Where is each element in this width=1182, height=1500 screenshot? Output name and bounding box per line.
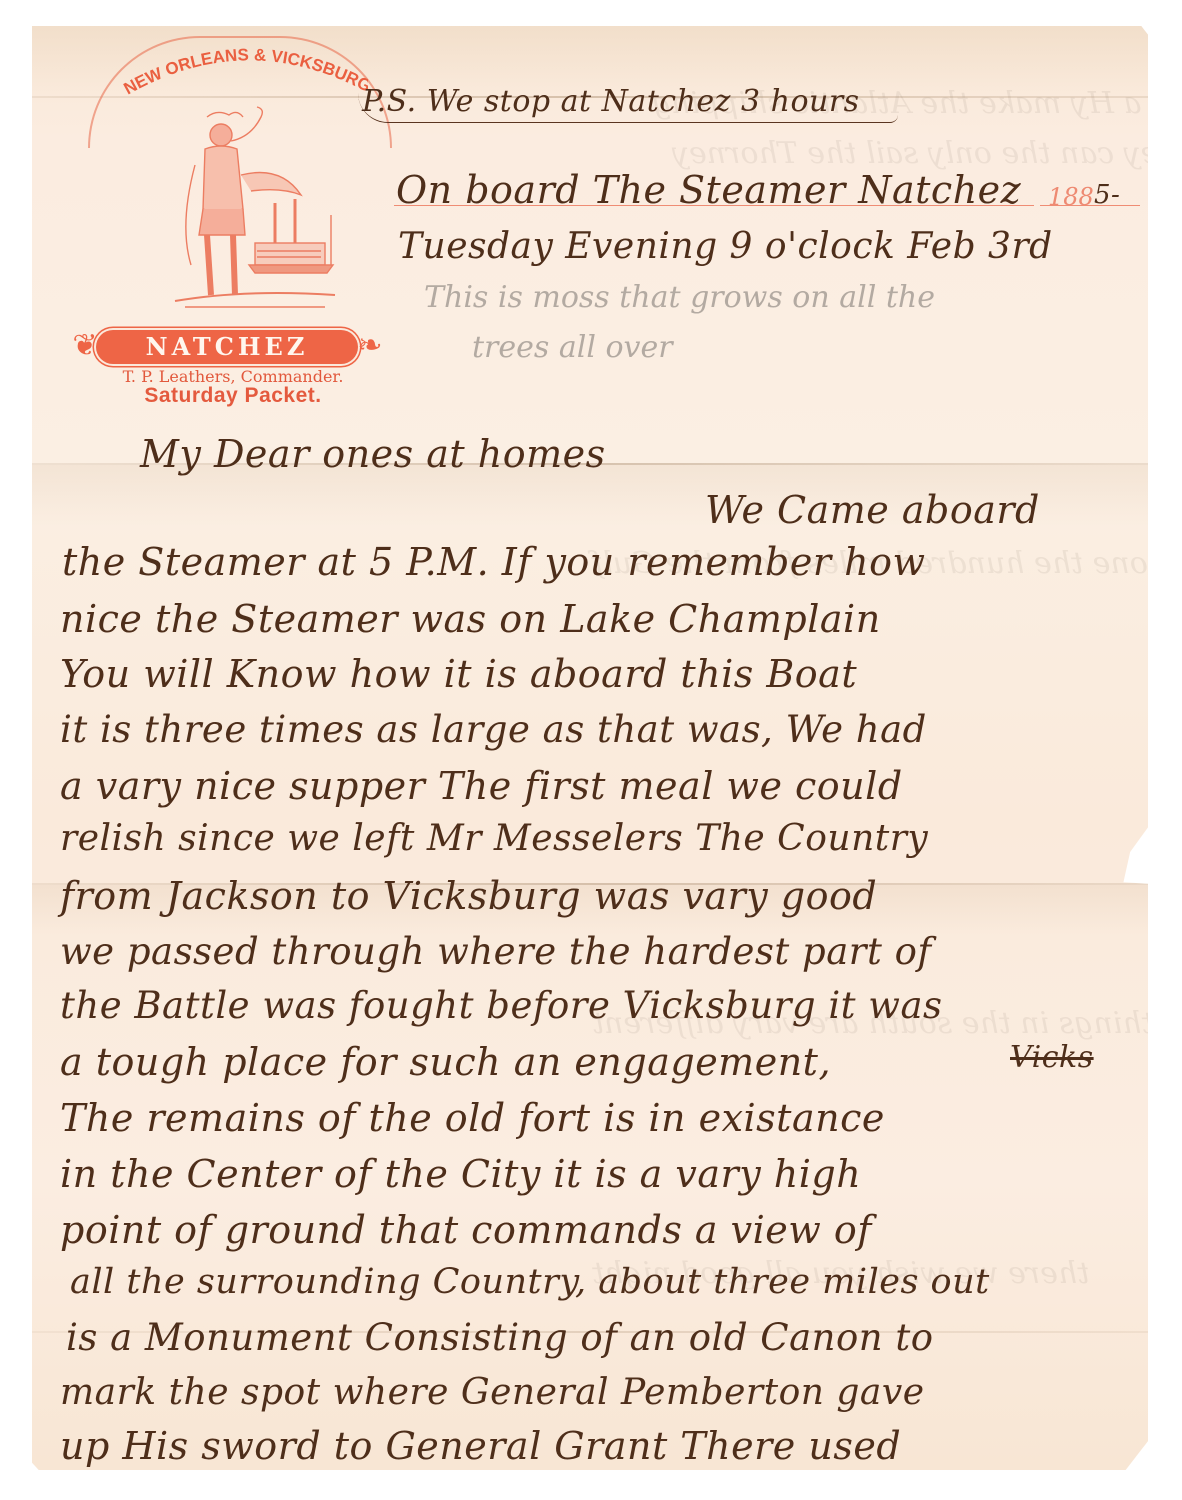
svg-text:NEW ORLEANS & VICKSBURG: NEW ORLEANS & VICKSBURG [121,45,368,98]
letterhead-route: NEW ORLEANS & VICKSBURG [118,38,368,98]
struck-word: Vicks [1010,1040,1094,1075]
body-line-17: mark the spot where General Pemberton ga… [60,1372,925,1413]
body-line-6: a vary nice supper The first meal we cou… [60,764,903,808]
body-line-13: in the Center of the City it is a vary h… [60,1152,861,1196]
salutation: My Dear ones at homes [140,432,606,476]
scroll-ornament-right-icon: ❧ [355,322,385,370]
body-line-16: is a Monument Consisting of an old Canon… [66,1316,934,1359]
pencil-note-line-2: trees all over [472,330,673,365]
body-line-7: relish since we left Mr Messelers The Co… [60,818,928,859]
body-line-14: point of ground that commands a view of [60,1208,872,1252]
body-line-5: it is three times as large as that was, … [60,708,927,751]
body-line-10: the Battle was fought before Vicksburg i… [60,984,943,1027]
body-line-4: You will Know how it is aboard this Boat [60,652,857,696]
body-line-8: from Jackson to Vicksburg was vary good [60,874,877,918]
pencil-note-line-1: This is moss that grows on all the [424,280,935,315]
body-line-15: all the surrounding Country, about three… [70,1262,990,1302]
body-line-3: nice the Steamer was on Lake Champlain [60,597,881,641]
year-rule-line [1040,205,1140,206]
date-line: Tuesday Evening 9 o'clock Feb 3rd [398,226,1053,267]
body-line-2: the Steamer at 5 P.M. If you remember ho… [62,540,926,584]
native-figure-steamboat-illustration [145,105,345,315]
vessel-name: NATCHEZ [96,330,358,364]
postscript-text: P.S. We stop at Natchez 3 hours [362,84,860,119]
bleed-through-text: they can the only sail the Thorney [672,136,1182,171]
letterhead-nameplate: ❦ NATCHEZ ❧ [70,322,385,370]
body-line-9: we passed through where the hardest part… [60,930,932,973]
body-line-1: We Came aboard [705,488,1040,532]
printed-rule-line [394,205,1034,206]
body-line-12: The remains of the old fort is in exista… [60,1096,885,1140]
body-line-18: up His sword to General Grant There used [60,1424,901,1468]
printed-year: 188 [1048,183,1094,211]
letterhead-service: Saturday Packet. [88,384,378,408]
route-arched-text: NEW ORLEANS & VICKSBURG [118,38,368,98]
body-line-11: a tough place for such an engagement, [60,1040,831,1084]
